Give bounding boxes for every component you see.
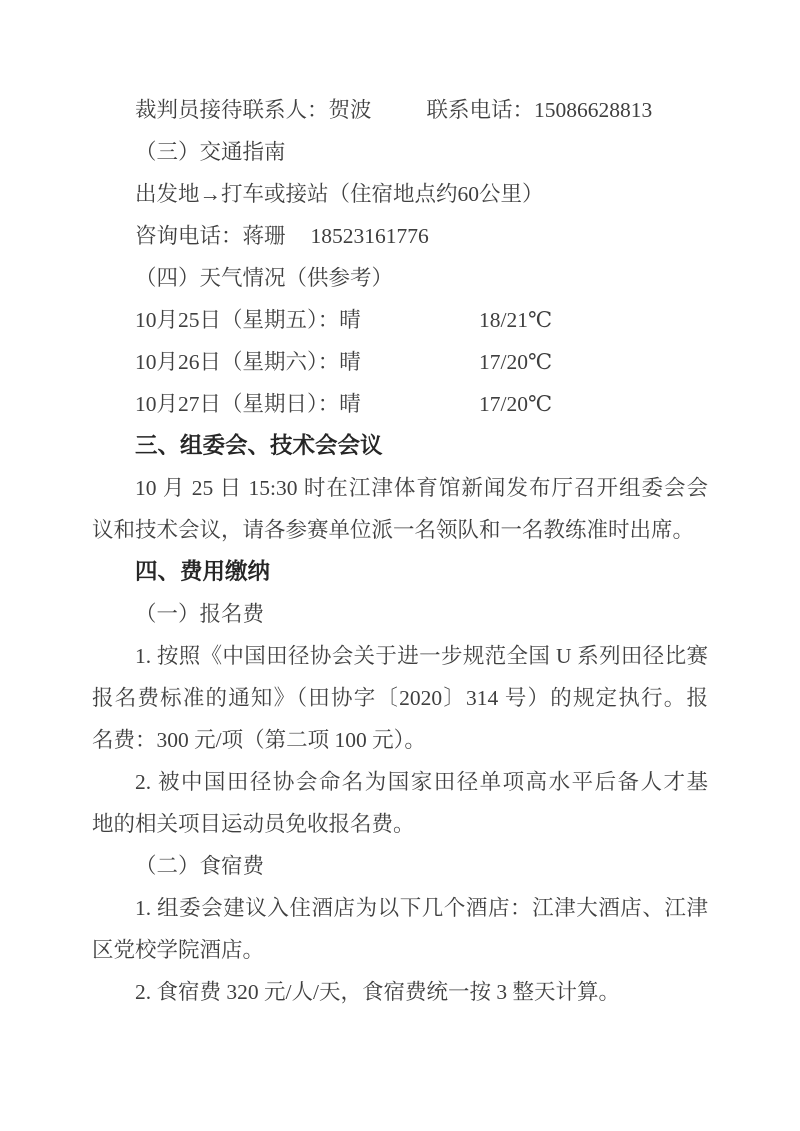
board-rate-line: 2. 食宿费 320 元/人/天，食宿费统一按 3 整天计算。 <box>92 971 708 1013</box>
weather-day-text: 10月26日（星期六）：晴 <box>135 341 479 383</box>
weather-row: 10月25日（星期五）：晴 18/21℃ <box>92 299 708 341</box>
weather-temp-text: 17/20℃ <box>479 341 552 383</box>
meetings-section-heading: 三、组委会、技术会会议 <box>92 425 708 467</box>
weather-temp-text: 18/21℃ <box>479 299 552 341</box>
document-page: 裁判员接待联系人：贺波 联系电话：15086628813 （三）交通指南 出发地… <box>0 0 800 1131</box>
departure-route-line: 出发地→打车或接站（住宿地点约60公里） <box>92 173 708 215</box>
hotel-suggestion-line: 区党校学院酒店。 <box>92 929 708 971</box>
registration-fee-line: 1. 按照《中国田径协会关于进一步规范全国 U 系列田径比赛 <box>92 635 708 677</box>
weather-section-heading: （四）天气情况（供参考） <box>92 257 708 299</box>
meetings-paragraph-line: 议和技术会议，请各参赛单位派一名领队和一名教练准时出席。 <box>92 509 708 551</box>
consult-contact-text: 咨询电话：蒋珊 <box>135 215 286 257</box>
registration-fee-line: 名费：300 元/项（第二项 100 元）。 <box>92 719 708 761</box>
meetings-paragraph-line: 10 月 25 日 15:30 时在江津体育馆新闻发布厅召开组委会会 <box>92 467 708 509</box>
fee-waiver-line: 地的相关项目运动员免收报名费。 <box>92 803 708 845</box>
registration-fee-line: 报名费标准的通知》（田协字〔2020〕314 号）的规定执行。报 <box>92 677 708 719</box>
referee-phone-text: 联系电话：15086628813 <box>427 89 653 131</box>
weather-row: 10月26日（星期六）：晴 17/20℃ <box>92 341 708 383</box>
traffic-section-heading: （三）交通指南 <box>92 131 708 173</box>
registration-fee-subheading: （一）报名费 <box>92 593 708 635</box>
referee-contact-text: 裁判员接待联系人：贺波 <box>135 89 372 131</box>
fees-section-heading: 四、费用缴纳 <box>92 551 708 593</box>
document-content: 裁判员接待联系人：贺波 联系电话：15086628813 （三）交通指南 出发地… <box>0 0 800 1013</box>
fee-waiver-line: 2. 被中国田径协会命名为国家田径单项高水平后备人才基 <box>92 761 708 803</box>
board-fee-subheading: （二）食宿费 <box>92 845 708 887</box>
weather-day-text: 10月27日（星期日）：晴 <box>135 383 479 425</box>
consult-phone-number: 18523161776 <box>311 215 429 257</box>
weather-row: 10月27日（星期日）：晴 17/20℃ <box>92 383 708 425</box>
weather-day-text: 10月25日（星期五）：晴 <box>135 299 479 341</box>
hotel-suggestion-line: 1. 组委会建议入住酒店为以下几个酒店：江津大酒店、江津 <box>92 887 708 929</box>
weather-temp-text: 17/20℃ <box>479 383 552 425</box>
consult-phone-line: 咨询电话：蒋珊 18523161776 <box>92 215 708 257</box>
referee-contact-line: 裁判员接待联系人：贺波 联系电话：15086628813 <box>92 89 708 131</box>
